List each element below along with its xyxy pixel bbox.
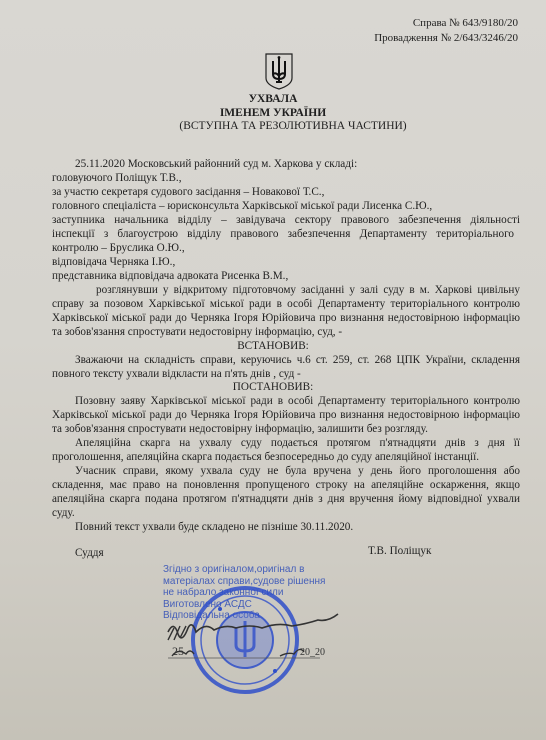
judge-label: Суддя [75, 546, 104, 560]
heading-established: ВСТАНОВИВ: [0, 339, 546, 353]
resolved-line: складення, має право на поновлення пропу… [52, 478, 520, 492]
intro-line: інспекції з благоустрою відділу правовог… [52, 227, 514, 241]
intro-line: головного спеціаліста – юрисконсульта Ха… [52, 199, 432, 213]
intro-line: 25.11.2020 Московський районний суд м. Х… [75, 157, 357, 171]
resolved-line: Харківської міської ради до Черняка Ігор… [52, 408, 520, 422]
intro-line: заступника начальника відділу – завідува… [52, 213, 520, 227]
resolved-line: проголошення, апеляційна скарга подаєтьс… [52, 450, 479, 464]
resolved-line: апеляційна скарга подана протягом п'ятна… [52, 492, 520, 506]
document-title: УХВАЛА ІМЕНЕМ УКРАЇНИ (ВСТУПНА ТА РЕЗОЛЮ… [0, 93, 546, 134]
stamp-date-day: 25 [172, 644, 184, 658]
resolved-line: та зобов'язання спростувати недостовірну… [52, 422, 428, 436]
case-references: Справа № 643/9180/20 Провадження № 2/643… [374, 16, 518, 46]
court-ruling-document: Справа № 643/9180/20 Провадження № 2/643… [0, 0, 546, 740]
intro-line: за участю секретаря судового засідання –… [52, 185, 324, 199]
title-ruling: УХВАЛА [0, 93, 546, 107]
intro-line: Харківської міської ради до Черняка Ігор… [52, 311, 520, 325]
intro-line: контролю – Бруслика О.Ю., [52, 241, 185, 255]
resolved-line: суду. [52, 506, 75, 520]
case-number: Справа № 643/9180/20 [374, 16, 518, 31]
judge-name: Т.В. Поліщук [368, 544, 431, 558]
proceeding-number: Провадження № 2/643/3246/20 [374, 31, 518, 46]
heading-resolved: ПОСТАНОВИВ: [0, 380, 546, 394]
resolved-line: Апеляційна скарга на ухвалу суду подаєть… [75, 436, 520, 450]
intro-line: відповідача Черняка І.Ю., [52, 255, 175, 269]
resolved-line: Повний текст ухвали буде складено не піз… [75, 520, 353, 534]
title-parts: (ВСТУПНА ТА РЕЗОЛЮТИВНА ЧАСТИНИ) [0, 120, 546, 134]
intro-line: представника відповідача адвоката Рисенк… [52, 269, 288, 283]
resolved-line: Учасник справи, якому ухвала суду не бул… [75, 464, 520, 478]
resolved-line: Позовну заяву Харківської міської ради в… [75, 394, 520, 408]
intro-line: розглянувши у відкритому підготовчому за… [96, 283, 520, 297]
intro-line: та зобов'язання спростувати недостовірну… [52, 325, 342, 339]
coat-of-arms-icon [264, 52, 294, 90]
stamp-line: Згідно з оригіналом,оригінал в [163, 564, 325, 576]
handwritten-signature [160, 612, 360, 662]
intro-line: справу за позовом Харківської міської ра… [52, 297, 520, 311]
intro-line: головуючого Поліщук Т.В., [52, 171, 182, 185]
title-in-name-of-ukraine: ІМЕНЕМ УКРАЇНИ [0, 107, 546, 121]
established-line: Зважаючи на складність справи, керуючись… [75, 353, 520, 367]
stamp-date-year: 20_20 [300, 646, 325, 660]
established-line: повного тексту ухвали відкласти на п'ять… [52, 367, 301, 381]
